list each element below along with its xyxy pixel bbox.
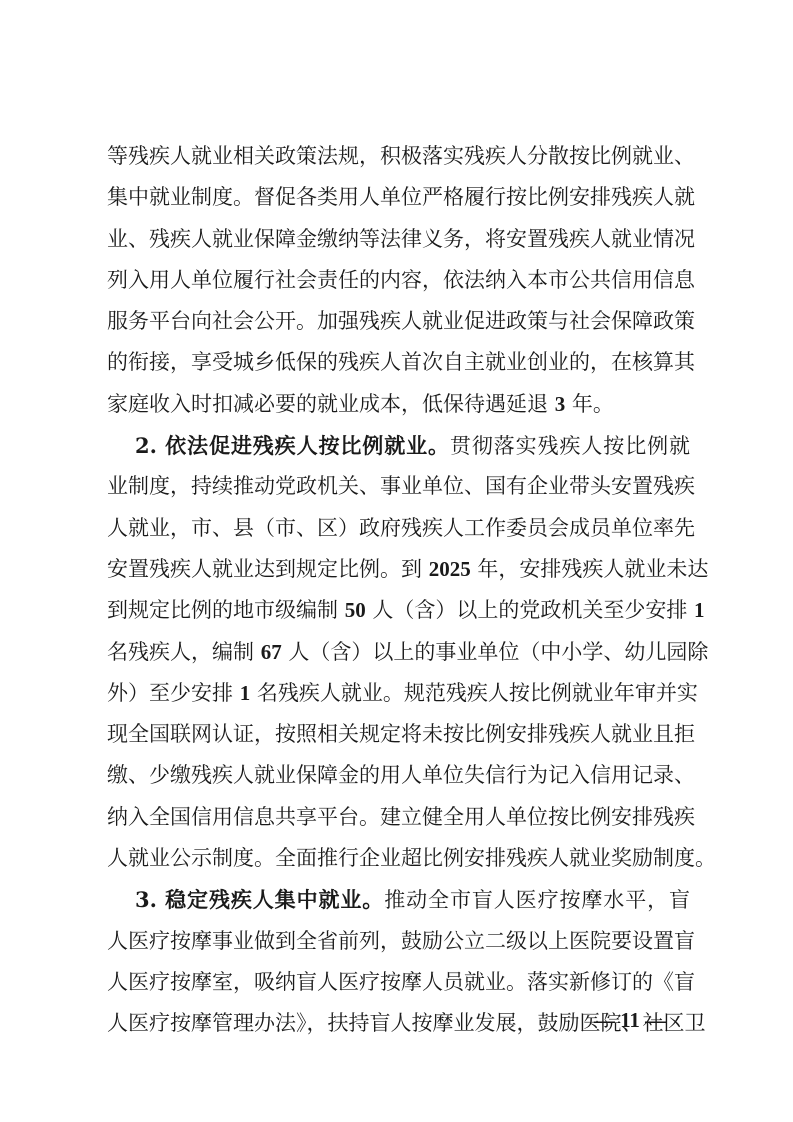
section-heading: 2. 依法促进残疾人按比例就业。 bbox=[135, 433, 450, 458]
text-line: 缴、少缴残疾人就业保障金的用人单位失信行为记入信用记录、 bbox=[107, 755, 690, 796]
line-text: 推动全市盲人医疗按摩水平，盲 bbox=[384, 888, 690, 912]
line-text: 名残疾人，编制 bbox=[107, 640, 261, 664]
number-text: 1 bbox=[240, 681, 251, 705]
line-text: 安置残疾人就业达到规定比例。到 bbox=[107, 557, 429, 581]
body-text: 等残疾人就业相关政策法规，积极落实残疾人分散按比例就业、 集中就业制度。督促各类… bbox=[107, 136, 690, 1045]
line-text: 列入用人单位履行社会责任的内容，依法纳入本市公共信用信息 bbox=[107, 268, 695, 292]
text-line: 集中就业制度。督促各类用人单位严格履行按比例安排残疾人就 bbox=[107, 177, 690, 218]
line-text: 年。 bbox=[565, 392, 614, 416]
line-text: 纳入全国信用信息共享平台。建立健全用人单位按比例安排残疾 bbox=[107, 805, 695, 829]
text-line: 列入用人单位履行社会责任的内容，依法纳入本市公共信用信息 bbox=[107, 260, 690, 301]
document-page: 等残疾人就业相关政策法规，积极落实残疾人分散按比例就业、 集中就业制度。督促各类… bbox=[0, 0, 793, 1122]
line-text: 外）至少安排 bbox=[107, 681, 240, 705]
number-text: 3 bbox=[555, 392, 566, 416]
text-line: 人就业，市、县（市、区）政府残疾人工作委员会成员单位率先 bbox=[107, 508, 690, 549]
text-line: 业、残疾人就业保障金缴纳等法律义务，将安置残疾人就业情况 bbox=[107, 219, 690, 260]
text-line: 等残疾人就业相关政策法规，积极落实残疾人分散按比例就业、 bbox=[107, 136, 690, 177]
text-line: 现全国联网认证，按照相关规定将未按比例安排残疾人就业且拒 bbox=[107, 714, 690, 755]
text-line: 名残疾人，编制 67 人（含）以上的事业单位（中小学、幼儿园除 bbox=[107, 632, 690, 673]
text-line: 人医疗按摩事业做到全省前列，鼓励公立二级以上医院要设置盲 bbox=[107, 921, 690, 962]
line-text: 人就业，市、县（市、区）政府残疾人工作委员会成员单位率先 bbox=[107, 516, 695, 540]
line-text: 家庭收入时扣减必要的就业成本，低保待遇延退 bbox=[107, 392, 555, 416]
line-text: 名残疾人就业。规范残疾人按比例就业年审并实 bbox=[250, 681, 698, 705]
line-text: 人医疗按摩室，吸纳盲人医疗按摩人员就业。落实新修订的《盲 bbox=[107, 970, 695, 994]
text-line: 安置残疾人就业达到规定比例。到 2025 年，安排残疾人就业未达 bbox=[107, 549, 690, 590]
number-text: 50 bbox=[345, 598, 366, 622]
line-text: 人就业公示制度。全面推行企业超比例安排残疾人就业奖励制度。 bbox=[107, 846, 716, 870]
number-text: 67 bbox=[261, 640, 282, 664]
section-heading-line: 2. 依法促进残疾人按比例就业。贯彻落实残疾人按比例就 bbox=[107, 425, 690, 466]
section-heading: 3. 稳定残疾人集中就业。 bbox=[135, 887, 384, 912]
text-line: 外）至少安排 1 名残疾人就业。规范残疾人按比例就业年审并实 bbox=[107, 673, 690, 714]
line-text: 缴、少缴残疾人就业保障金的用人单位失信行为记入信用记录、 bbox=[107, 763, 695, 787]
number-text: 1 bbox=[694, 598, 705, 622]
line-text: 人医疗按摩事业做到全省前列，鼓励公立二级以上医院要设置盲 bbox=[107, 929, 695, 953]
line-text: 等残疾人就业相关政策法规，积极落实残疾人分散按比例就业、 bbox=[107, 144, 695, 168]
page-number: — 11 — bbox=[592, 1008, 668, 1033]
text-line: 的衔接，享受城乡低保的残疾人首次自主就业创业的，在核算其 bbox=[107, 342, 690, 383]
line-text: 贯彻落实残疾人按比例就 bbox=[450, 434, 690, 458]
line-text: 人（含）以上的党政机关至少安排 bbox=[366, 598, 694, 622]
line-text: 业制度，持续推动党政机关、事业单位、国有企业带头安置残疾 bbox=[107, 474, 695, 498]
line-text: 服务平台向社会公开。加强残疾人就业促进政策与社会保障政策 bbox=[107, 309, 695, 333]
section-heading-line: 3. 稳定残疾人集中就业。推动全市盲人医疗按摩水平，盲 bbox=[107, 879, 690, 920]
line-text: 的衔接，享受城乡低保的残疾人首次自主就业创业的，在核算其 bbox=[107, 350, 695, 374]
text-line: 到规定比例的地市级编制 50 人（含）以上的党政机关至少安排 1 bbox=[107, 590, 690, 631]
text-line: 纳入全国信用信息共享平台。建立健全用人单位按比例安排残疾 bbox=[107, 797, 690, 838]
line-text: 现全国联网认证，按照相关规定将未按比例安排残疾人就业且拒 bbox=[107, 722, 695, 746]
text-line: 服务平台向社会公开。加强残疾人就业促进政策与社会保障政策 bbox=[107, 301, 690, 342]
text-line: 人就业公示制度。全面推行企业超比例安排残疾人就业奖励制度。 bbox=[107, 838, 690, 879]
text-line: 业制度，持续推动党政机关、事业单位、国有企业带头安置残疾 bbox=[107, 466, 690, 507]
line-text: 到规定比例的地市级编制 bbox=[107, 598, 345, 622]
line-text: 人（含）以上的事业单位（中小学、幼儿园除 bbox=[282, 640, 709, 664]
number-text: 2025 bbox=[429, 557, 471, 581]
text-line: 人医疗按摩室，吸纳盲人医疗按摩人员就业。落实新修订的《盲 bbox=[107, 962, 690, 1003]
text-line: 家庭收入时扣减必要的就业成本，低保待遇延退 3 年。 bbox=[107, 384, 690, 425]
line-text: 集中就业制度。督促各类用人单位严格履行按比例安排残疾人就 bbox=[107, 185, 695, 209]
line-text: 业、残疾人就业保障金缴纳等法律义务，将安置残疾人就业情况 bbox=[107, 227, 695, 251]
line-text: 年，安排残疾人就业未达 bbox=[471, 557, 709, 581]
